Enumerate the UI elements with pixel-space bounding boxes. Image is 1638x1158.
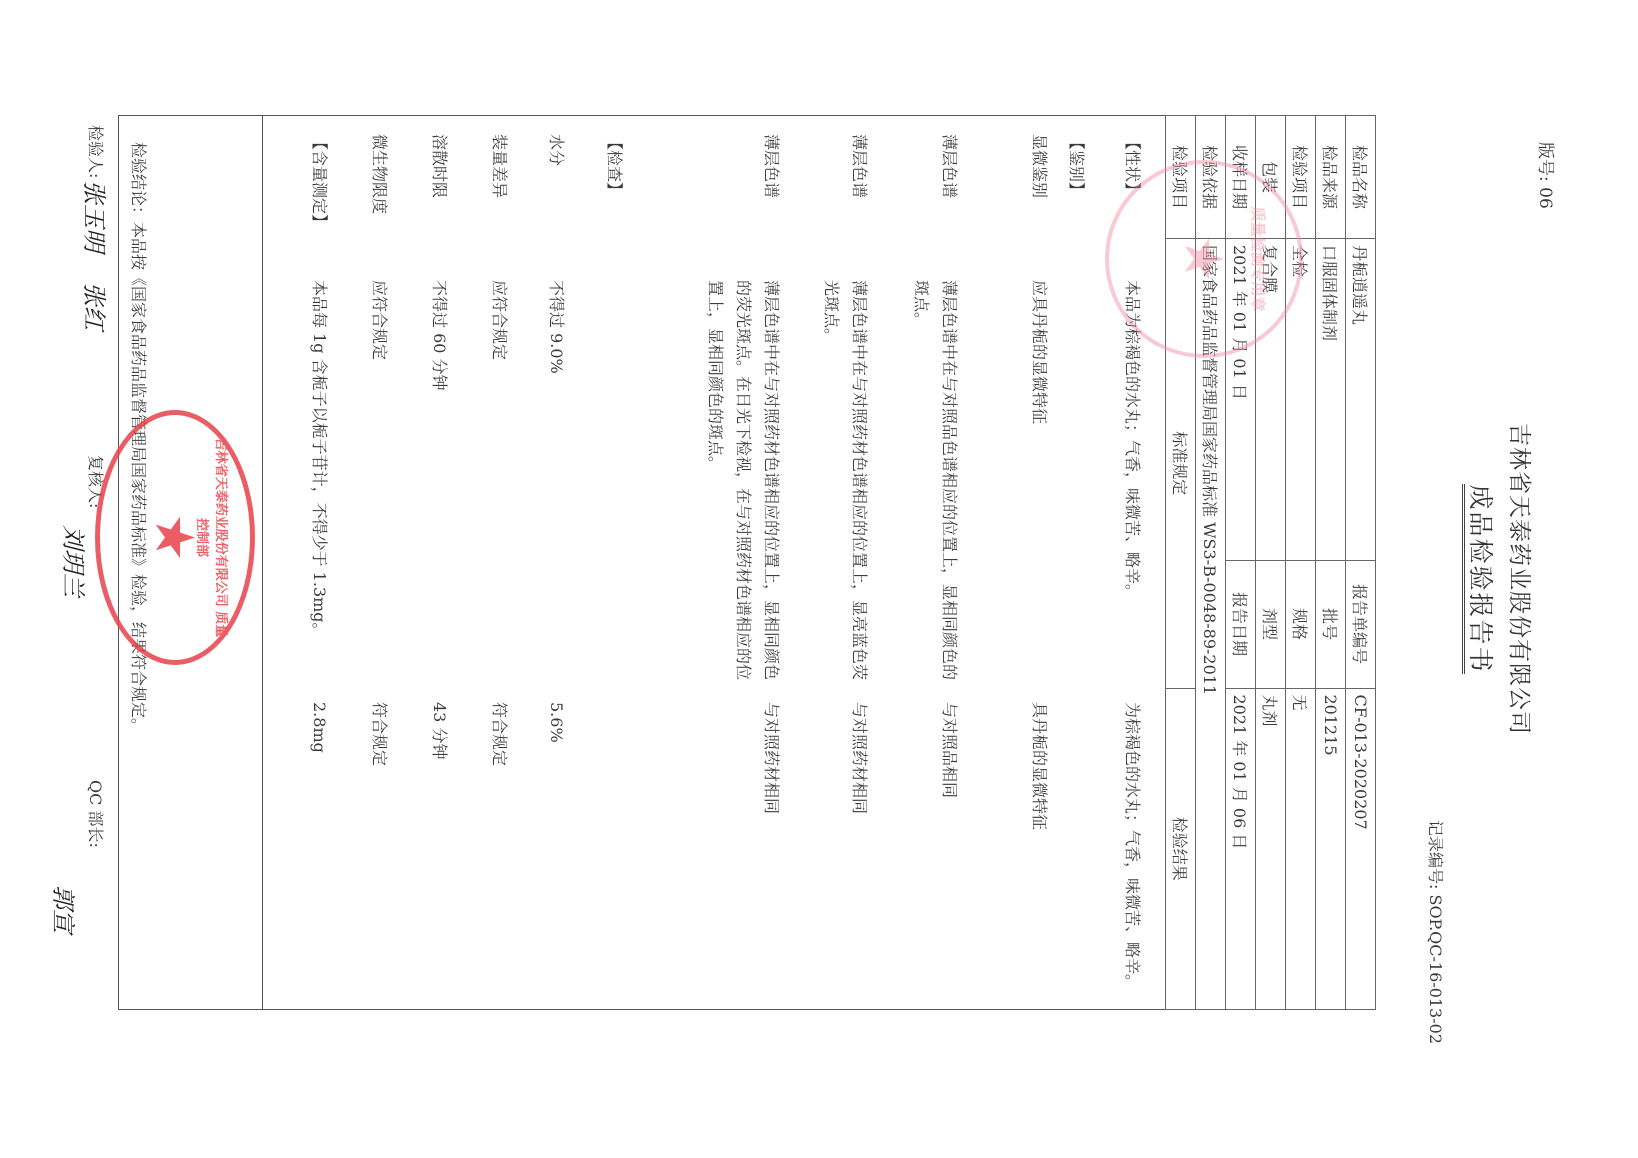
inspector-signature: 张玉明	[79, 180, 114, 252]
id-standard: 薄层色谱中在与对照品色谱相应的位置上，显相同颜色的斑点。	[907, 280, 963, 680]
quality-stamp: ★ 质量检测专用章	[1105, 160, 1303, 358]
insp-standard: 不得过 60 分钟	[425, 280, 453, 391]
company-stamp: ★ 吉林省天泰药业股份有限公司 质量控制部	[95, 410, 255, 665]
id-result: 与对照药材相同	[757, 702, 785, 814]
section-heading-identification: 【鉴别】	[1062, 134, 1090, 198]
info-label: 剂型	[1256, 560, 1286, 688]
info-label: 报告单编号	[1346, 560, 1376, 688]
star-icon: ★	[1173, 235, 1236, 283]
dosage-form: 丸剂	[1256, 688, 1286, 1010]
info-row: 检品名称 丹栀逍遥丸 报告单编号 CF-013-2020207	[1346, 116, 1376, 1010]
id-standard: 应具丹栀的显微特征	[1025, 280, 1053, 424]
stamp-text: 质量检测专用章	[1248, 164, 1269, 354]
insp-item-fill-variation: 装量差异	[485, 134, 513, 198]
product-source: 口服固体制剂	[1316, 239, 1346, 561]
report-title: 成品检验报告书	[1464, 0, 1500, 1158]
report-number: CF-013-2020207	[1346, 688, 1376, 1010]
section-heading-inspection: 【检查】	[600, 134, 628, 198]
section-heading-assay: 【含量测定】	[305, 134, 333, 230]
properties-result: 为棕褐色的水丸；气香，味微苦、略辛。	[1118, 702, 1146, 992]
company-name: 吉林省天泰药业股份有限公司	[1505, 0, 1538, 1158]
info-label: 规格	[1286, 560, 1316, 688]
info-row: 检品来源 口服固体制剂 批号 201215	[1316, 116, 1346, 1010]
info-label: 检品名称	[1346, 116, 1376, 239]
insp-result: 5.6%	[542, 702, 570, 743]
record-number: 记录编号: SOP.QC-16-013-02	[1425, 820, 1448, 1044]
id-item-microscopic: 显微鉴别	[1025, 134, 1053, 198]
id-item-tlc: 薄层色谱	[845, 134, 873, 198]
insp-result: 符合规定	[365, 702, 393, 766]
id-standard: 薄层色谱中在与对照药材色谱相应的位置上，显相同颜色的荧光斑点。在日光下检视，在与…	[701, 280, 785, 680]
qc-head-label: QC 部长:	[85, 780, 108, 848]
id-standard: 薄层色谱中在与对照药材色谱相应的位置上，显亮蓝色荧光斑点。	[817, 280, 873, 680]
id-item-tlc: 薄层色谱	[757, 134, 785, 198]
divider	[262, 115, 263, 1010]
insp-item-moisture: 水分	[542, 134, 570, 166]
inspector-signature: 张红	[79, 282, 114, 330]
column-header-result: 检验结果	[1166, 688, 1196, 1010]
info-label: 检品来源	[1316, 116, 1346, 239]
id-result: 与对照品相同	[935, 702, 963, 798]
assay-result: 2.8mg	[305, 702, 333, 753]
id-result: 具丹栀的显微特征	[1025, 702, 1053, 830]
id-result: 与对照药材相同	[845, 702, 873, 814]
qc-head-signature: 郭宣	[48, 885, 83, 933]
insp-standard: 不得过 9.0%	[542, 280, 570, 374]
insp-item-microbial: 微生物限度	[365, 134, 393, 214]
info-label: 批号	[1316, 560, 1346, 688]
id-item-tlc: 薄层色谱	[935, 134, 963, 198]
insp-standard: 应符合规定	[365, 280, 393, 360]
version-number: 版号: 06	[1535, 142, 1560, 209]
insp-result: 43 分钟	[425, 702, 453, 759]
batch-number: 201215	[1316, 688, 1346, 1010]
inspector-label: 检验人:	[85, 125, 108, 178]
insp-standard: 应符合规定	[485, 280, 513, 360]
stamp-text: 吉林省天泰药业股份有限公司 质量控制部	[194, 415, 232, 660]
inspection-report-document: 版号: 06 吉林省天泰药业股份有限公司 成品检验报告书 记录编号: SOP.Q…	[0, 0, 1638, 1158]
report-date: 2021 年 01 月 06 日	[1226, 688, 1256, 1010]
product-name: 丹栀逍遥丸	[1346, 239, 1376, 561]
assay-standard: 本品每 1g 含栀子以栀子苷计，不得少于 1.3mg。	[305, 280, 333, 639]
insp-item-disintegration: 溶散时限	[425, 134, 453, 198]
specification: 无	[1286, 688, 1316, 1010]
reviewer-signature: 刘玥兰	[58, 525, 93, 597]
info-label: 报告日期	[1226, 560, 1256, 688]
insp-result: 符合规定	[485, 702, 513, 766]
